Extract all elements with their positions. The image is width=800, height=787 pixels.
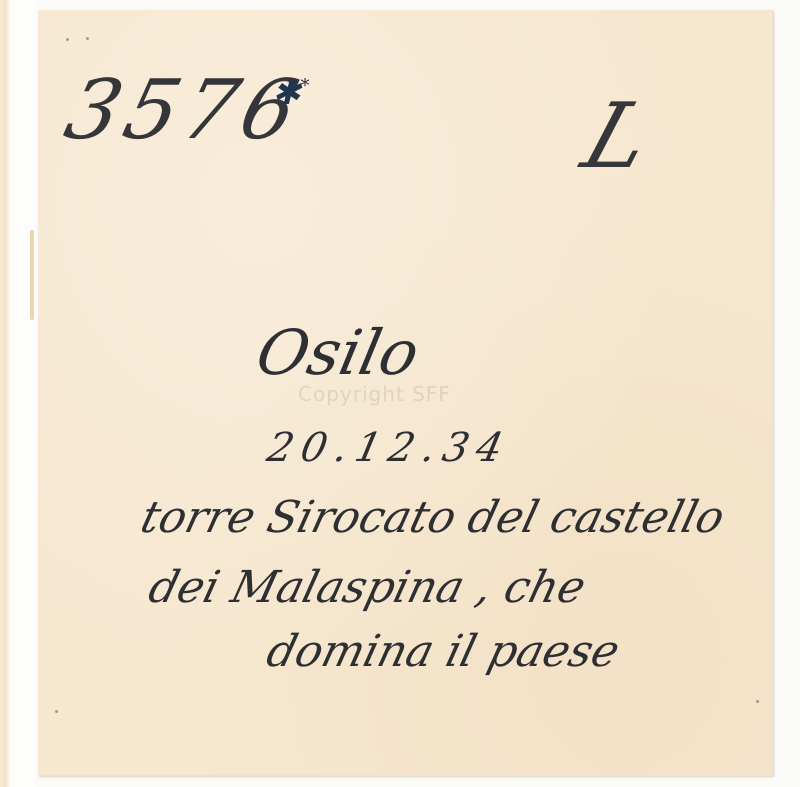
adjacent-sheet-edge [0,0,10,787]
description-line-3: domina il paese [263,630,624,674]
large-star-icon: ✱ [272,73,301,113]
star-marks: ✱* [272,76,310,110]
adjacent-sheet-stain [30,230,34,320]
description-line-2: dei Malaspina , che [145,566,590,610]
place-name: Osilo [251,322,424,384]
paper-speck [756,700,759,703]
description-line-1: torre Sirocato del castello [137,496,729,540]
adjacent-sheet-gap [10,0,35,787]
paper-speck [86,37,89,40]
date: 20.12.34 [264,428,515,468]
paper-speck [55,710,58,713]
small-star-icon: * [301,76,310,97]
paper-speck [66,38,69,41]
copyright-watermark: Copyright SFF [298,382,451,406]
